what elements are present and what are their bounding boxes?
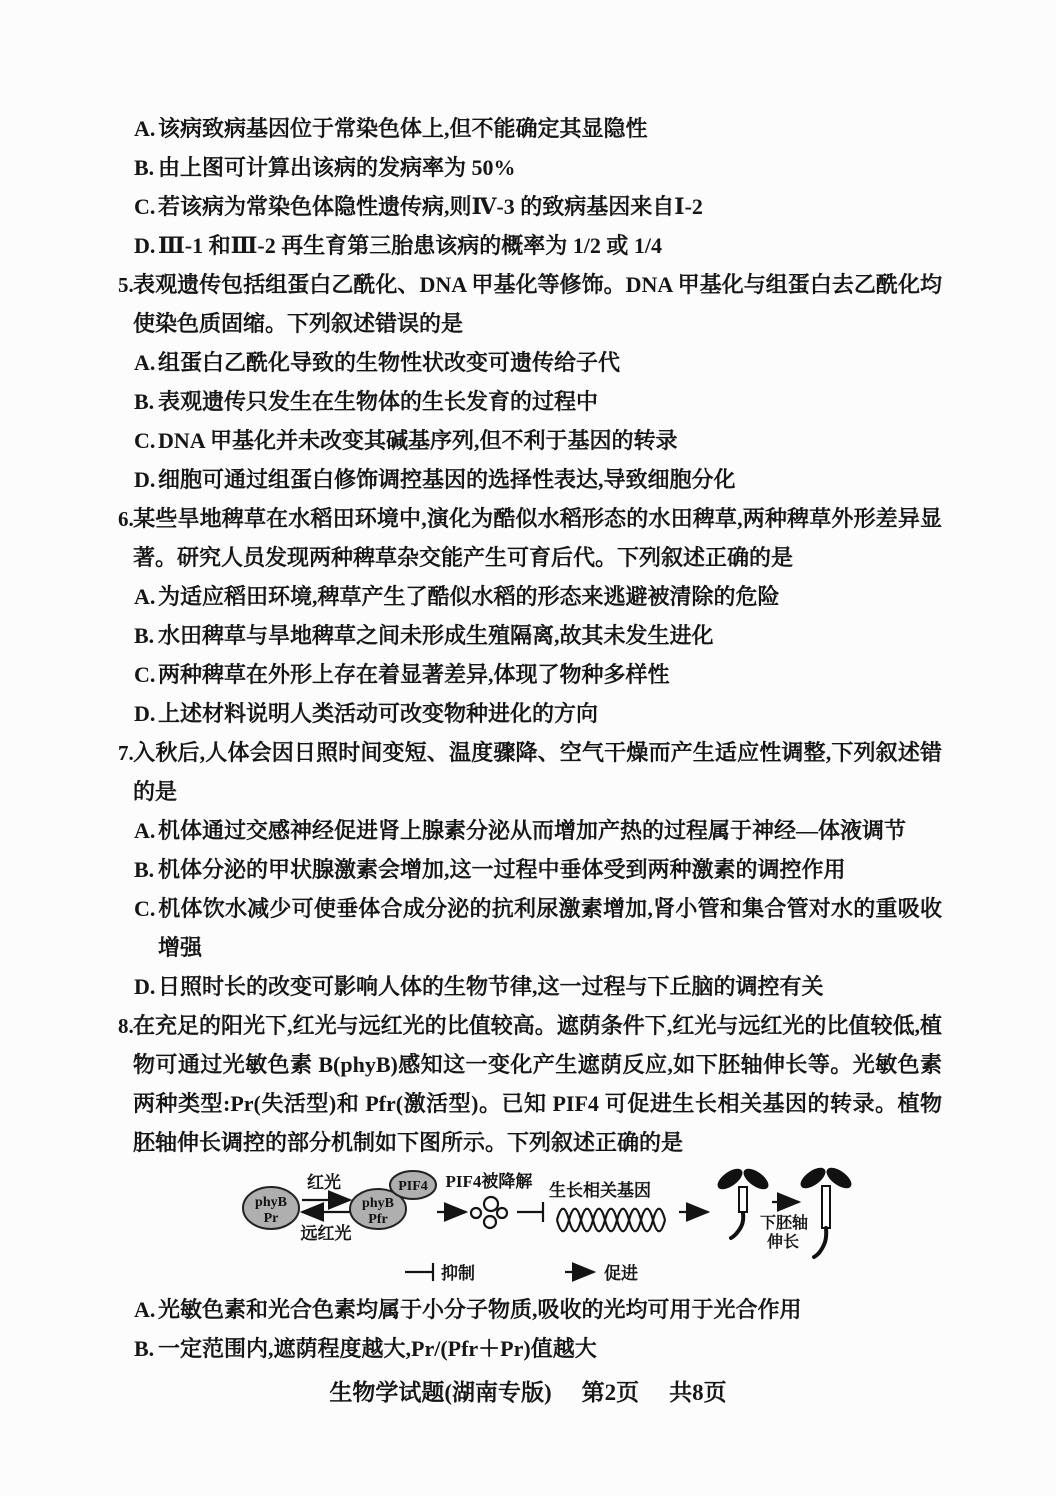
option-text: 水田稗草与旱地稗草之间未形成生殖隔离,故其未发生进化 [158,623,714,648]
option-label: C. [134,421,158,460]
question-number: 6. [118,500,133,538]
option-label: A. [134,343,158,382]
svg-text:Pr: Pr [264,1211,279,1226]
q7-option-c-line-1: C.机体饮水减少可使垂体合成分泌的抗利尿激素增加,肾小管和集合管对水的重吸收 [118,889,942,928]
phyb-pr-node: phyB Pr [243,1187,299,1229]
option-label: C. [134,655,158,694]
option-text: 该病致病基因位于常染色体上,但不能确定其显隐性 [158,116,648,141]
option-text: 细胞可通过组蛋白修饰调控基因的选择性表达,导致细胞分化 [158,467,736,492]
stem-text: 某些旱地稗草在水稻田环境中,演化为酷似水稻形态的水田稗草,两种稗草外形差异显 [133,506,942,531]
q5-option-b: B.表观遗传只发生在生物体的生长发育的过程中 [118,382,942,421]
q7-stem-line-2: 的是 [118,772,942,811]
option-label: C. [134,187,158,226]
option-label: B. [134,1329,158,1368]
q6-option-a: A.为适应稻田环境,稗草产生了酷似水稻的形态来逃避被清除的危险 [118,577,942,616]
growth-genes-label: 生长相关基因 [549,1180,651,1200]
svg-text:phyB: phyB [255,1195,287,1210]
pif4-degraded-label: PIF4被降解 [446,1171,534,1191]
svg-text:PIF4: PIF4 [398,1179,428,1194]
q8-option-b: B.一定范围内,遮荫程度越大,Pr/(Pfr＋Pr)值越大 [118,1329,942,1368]
option-label: D. [134,694,158,733]
svg-text:phyB: phyB [362,1196,394,1211]
option-text: 为适应稻田环境,稗草产生了酷似水稻的形态来逃避被清除的危险 [158,584,780,609]
q4-option-c: C.若该病为常染色体隐性遗传病,则Ⅳ-3 的致病基因来自Ⅰ-2 [118,187,942,226]
degraded-fragments-icon [471,1197,507,1228]
q4-option-a: A.该病致病基因位于常染色体上,但不能确定其显隐性 [118,109,942,148]
q5-stem-line-2: 使染色质固缩。下列叙述错误的是 [118,304,942,343]
option-text: 组蛋白乙酰化导致的生物性状改变可遗传给子代 [158,350,620,375]
q6-option-d: D.上述材料说明人类活动可改变物种进化的方向 [118,694,942,733]
q7-option-a: A.机体通过交感神经促进肾上腺素分泌从而增加产热的过程属于神经—体液调节 [118,811,942,850]
far-red-light-label: 远红光 [301,1223,352,1243]
red-light-label: 红光 [307,1172,341,1192]
q5-option-c: C.DNA 甲基化并未改变其碱基序列,但不利于基因的转录 [118,421,942,460]
q5-option-d: D.细胞可通过组蛋白修饰调控基因的选择性表达,导致细胞分化 [118,460,942,499]
option-text: 机体饮水减少可使垂体合成分泌的抗利尿激素增加,肾小管和集合管对水的重吸收 [158,896,942,921]
option-label: A. [134,811,158,850]
q8-stem-line-1: 8.在充足的阳光下,红光与远红光的比值较高。遮荫条件下,红光与远红光的比值较低,… [118,1006,942,1045]
stem-text: 表观遗传包括组蛋白乙酰化、DNA 甲基化等修饰。DNA 甲基化与组蛋白去乙酰化均… [118,272,942,304]
q4-option-b: B.由上图可计算出该病的发病率为 50% [118,148,942,187]
page-footer: 生物学试题(湖南专版)第2页共8页 [0,1377,1056,1409]
option-text: 机体通过交感神经促进肾上腺素分泌从而增加产热的过程属于神经—体液调节 [158,818,906,843]
option-text: 机体分泌的甲状腺激素会增加,这一过程中垂体受到两种激素的调控作用 [158,857,846,882]
option-text: 两种稗草在外形上存在着显著差异,体现了物种多样性 [158,662,670,687]
q8-option-a: A.光敏色素和光合色素均属于小分子物质,吸收的光均可用于光合作用 [118,1290,942,1329]
question-number: 7. [118,734,133,772]
inhibition-connector [517,1202,543,1222]
option-label: B. [134,382,158,421]
tall-seedling-icon [798,1165,854,1257]
svg-text:抑制: 抑制 [441,1263,475,1283]
footer-total-pages: 共8页 [669,1380,727,1405]
q8-stem-line-4: 胚轴伸长调控的部分机制如下图所示。下列叙述正确的是 [118,1123,942,1162]
option-text: 若该病为常染色体隐性遗传病,则Ⅳ-3 的致病基因来自Ⅰ-2 [158,194,703,219]
question-number: 8. [118,1007,133,1045]
q8-diagram: phyB Pr 红光 远红光 phyB Pfr PIF4 [118,1162,942,1290]
option-label: B. [134,850,158,889]
q7-option-d: D.日照时长的改变可影响人体的生物节律,这一过程与下丘脑的调控有关 [118,967,942,1006]
exam-content: A.该病致病基因位于常染色体上,但不能确定其显隐性 B.由上图可计算出该病的发病… [118,109,942,1368]
dna-coil-icon [557,1209,665,1232]
option-text: 光敏色素和光合色素均属于小分子物质,吸收的光均可用于光合作用 [158,1297,802,1322]
q5-stem-line-1: 5.表观遗传包括组蛋白乙酰化、DNA 甲基化等修饰。DNA 甲基化与组蛋白去乙酰… [118,265,942,304]
question-number: 5. [118,266,133,304]
phytochrome-pathway-diagram: phyB Pr 红光 远红光 phyB Pfr PIF4 [238,1162,878,1290]
option-text: 由上图可计算出该病的发病率为 50% [158,155,516,180]
svg-text:促进: 促进 [604,1263,638,1283]
option-text: DNA 甲基化并未改变其碱基序列,但不利于基因的转录 [158,428,677,453]
footer-title: 生物学试题(湖南专版) [329,1380,551,1405]
q7-option-c-line-2: 增强 [118,928,942,967]
option-text: 日照时长的改变可影响人体的生物节律,这一过程与下丘脑的调控有关 [158,974,824,999]
exam-page: A.该病致病基因位于常染色体上,但不能确定其显隐性 B.由上图可计算出该病的发病… [0,0,1056,1496]
q6-stem-line-1: 6.某些旱地稗草在水稻田环境中,演化为酷似水稻形态的水田稗草,两种稗草外形差异显 [118,499,942,538]
option-label: D. [134,967,158,1006]
q6-option-c: C.两种稗草在外形上存在着显著差异,体现了物种多样性 [118,655,942,694]
q7-stem-line-1: 7.入秋后,人体会因日照时间变短、温度骤降、空气干燥而产生适应性调整,下列叙述错… [118,733,942,772]
q4-option-d: D.Ⅲ-1 和Ⅲ-2 再生育第三胎患该病的概率为 1/2 或 1/4 [118,226,942,265]
option-text: Ⅲ-1 和Ⅲ-2 再生育第三胎患该病的概率为 1/2 或 1/4 [158,233,662,258]
q6-stem-line-2: 著。研究人员发现两种稗草杂交能产生可育后代。下列叙述正确的是 [118,538,942,577]
option-label: B. [134,148,158,187]
pif4-node: PIF4 [390,1171,436,1199]
option-label: B. [134,616,158,655]
footer-page-number: 第2页 [582,1380,640,1405]
q6-option-b: B.水田稗草与旱地稗草之间未形成生殖隔离,故其未发生进化 [118,616,942,655]
option-text: 上述材料说明人类活动可改变物种进化的方向 [158,701,598,726]
hypocotyl-label-line-1: 下胚轴 [760,1213,808,1232]
option-text: 一定范围内,遮荫程度越大,Pr/(Pfr＋Pr)值越大 [158,1336,597,1361]
q5-option-a: A.组蛋白乙酰化导致的生物性状改变可遗传给子代 [118,343,942,382]
q8-stem-line-3: 两种类型:Pr(失活型)和 Pfr(激活型)。已知 PIF4 可促进生长相关基因… [118,1084,942,1123]
option-label: A. [134,109,158,148]
option-text: 表观遗传只发生在生物体的生长发育的过程中 [158,389,598,414]
option-label: C. [134,889,158,928]
legend-promote: 促进 [565,1263,638,1283]
option-label: A. [134,577,158,616]
legend-inhibit: 抑制 [405,1263,475,1283]
hypocotyl-label-line-2: 伸长 [767,1232,799,1251]
option-label: A. [134,1290,158,1329]
option-label: D. [134,226,158,265]
option-label: D. [134,460,158,499]
q8-stem-line-2: 物可通过光敏色素 B(phyB)感知这一变化产生遮荫反应,如下胚轴伸长等。光敏色… [118,1045,942,1084]
stem-text: 在充足的阳光下,红光与远红光的比值较高。遮荫条件下,红光与远红光的比值较低,植 [133,1013,942,1038]
svg-text:Pfr: Pfr [368,1212,387,1227]
stem-text: 入秋后,人体会因日照时间变短、温度骤降、空气干燥而产生适应性调整,下列叙述错误 [118,740,942,772]
q7-option-b: B.机体分泌的甲状腺激素会增加,这一过程中垂体受到两种激素的调控作用 [118,850,942,889]
